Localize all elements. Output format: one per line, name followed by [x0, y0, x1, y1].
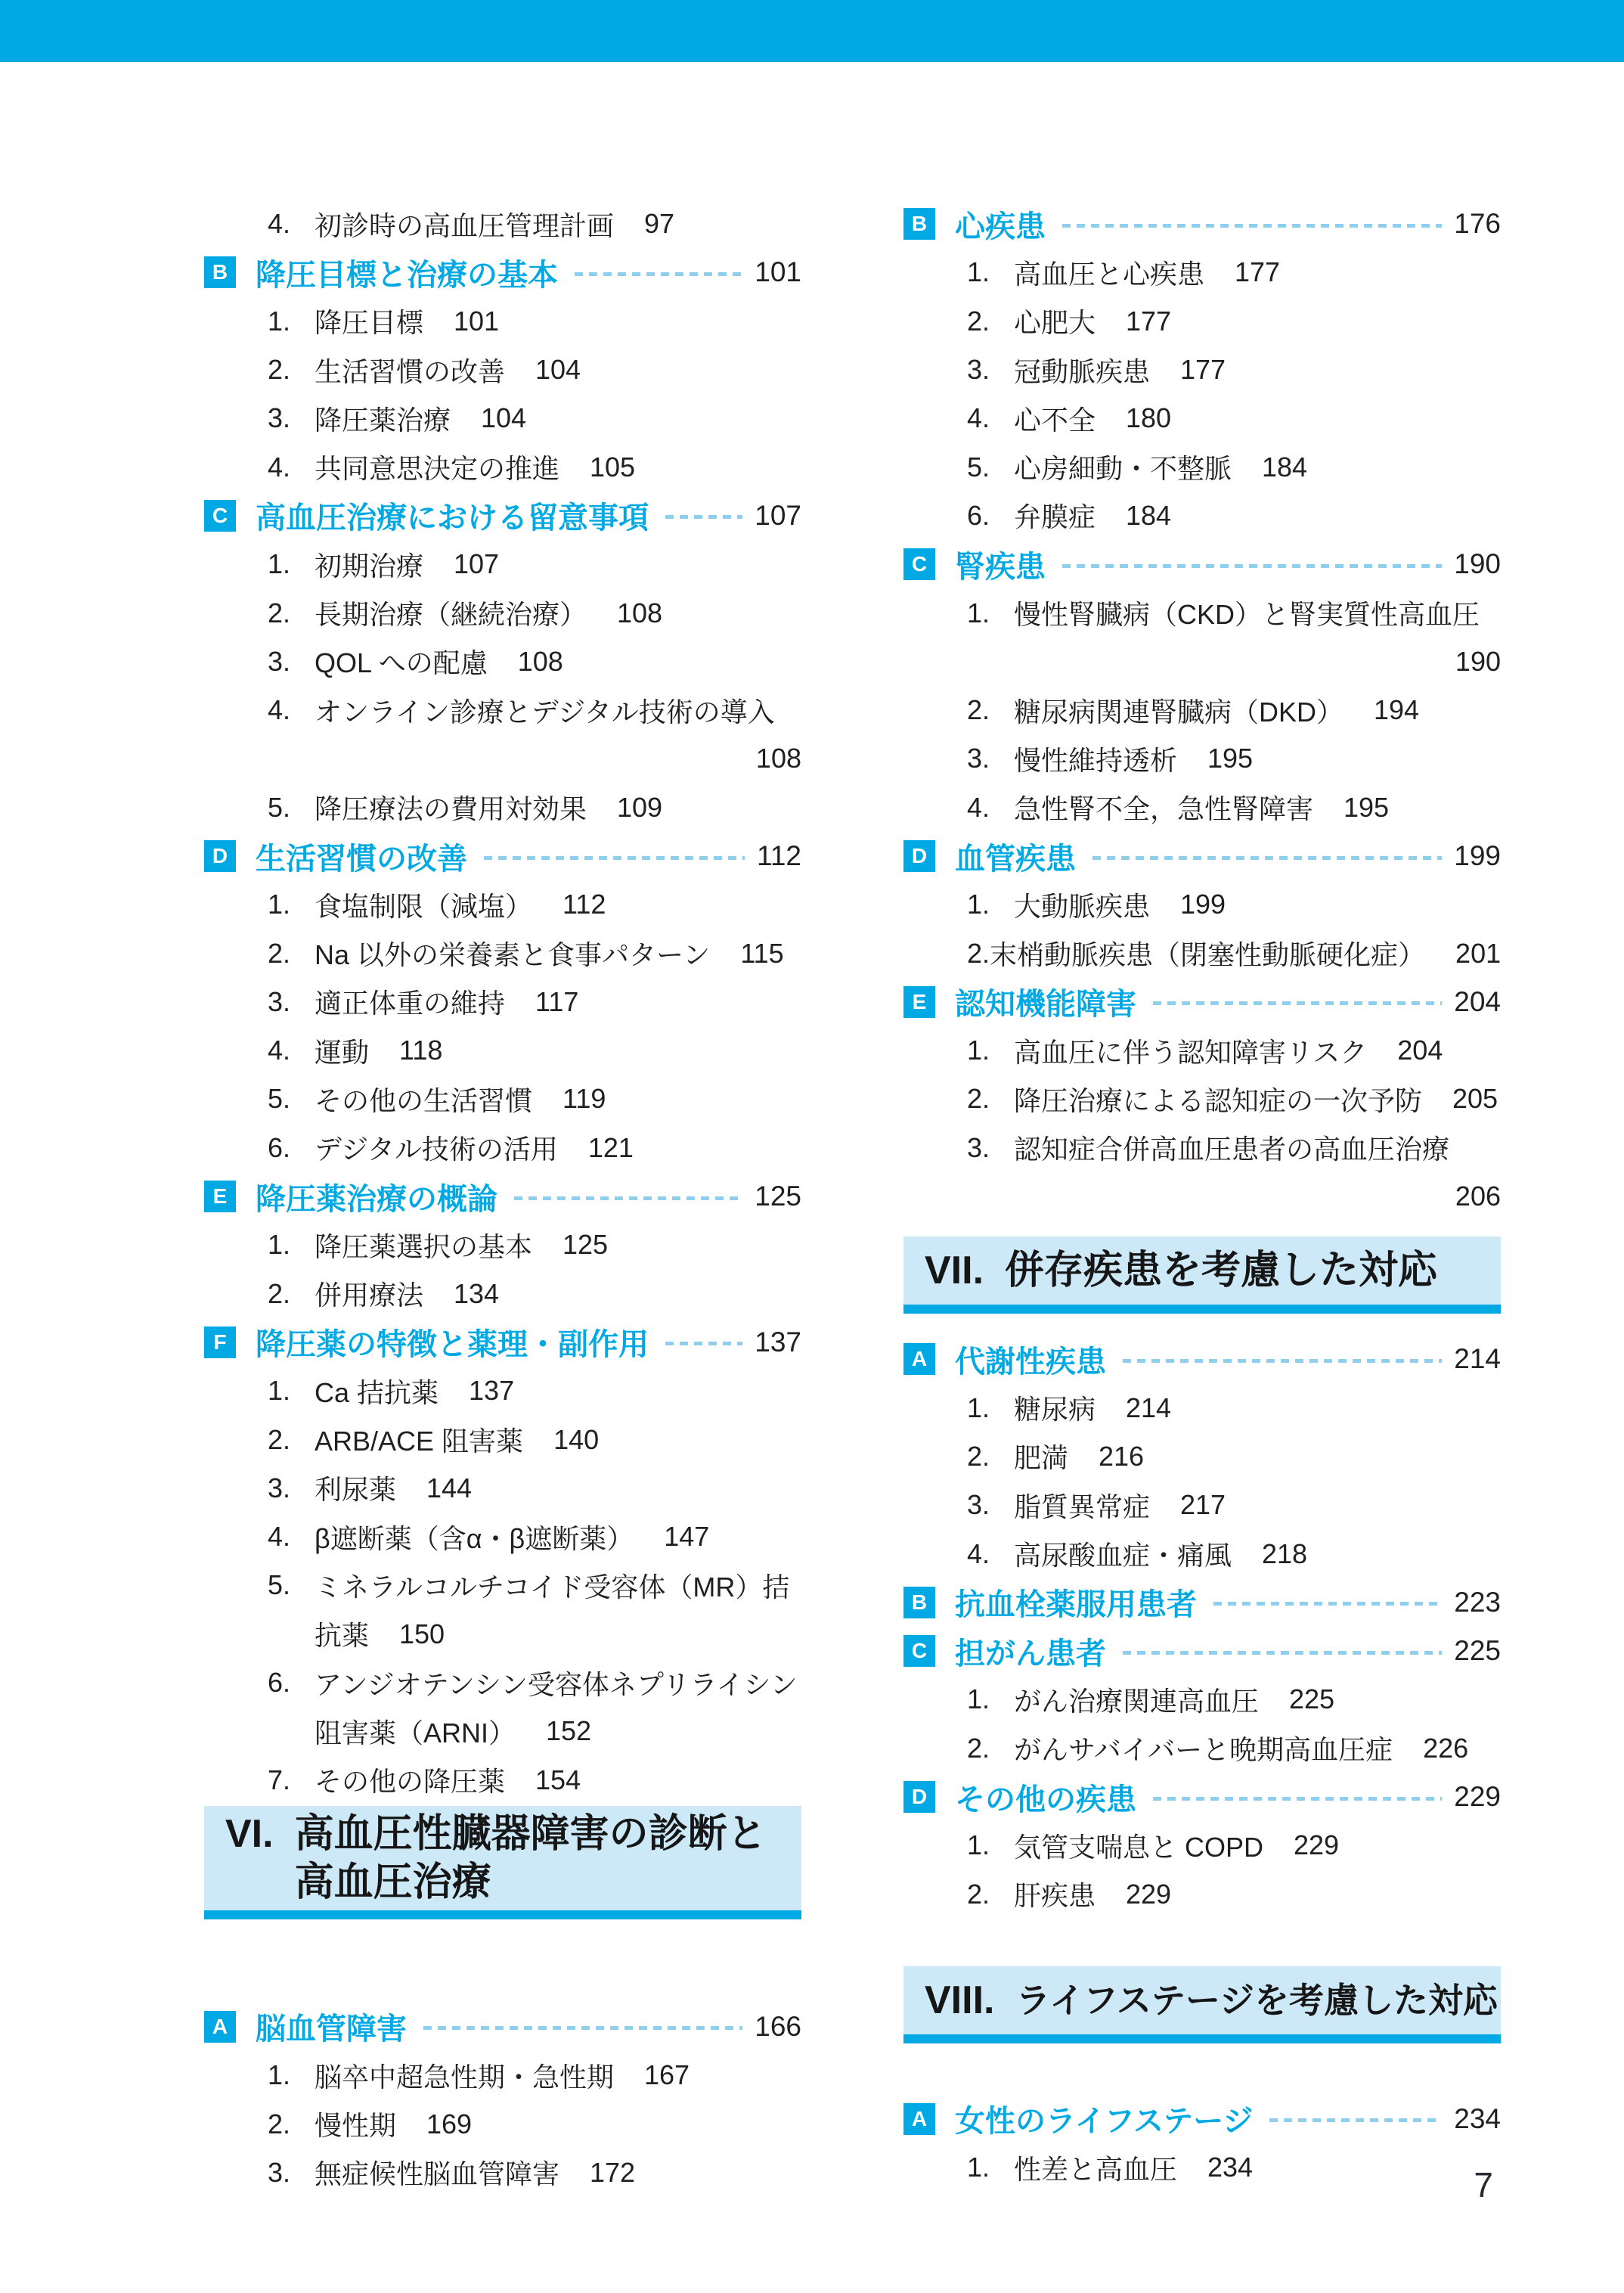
- toc-item-number: 1.: [268, 1375, 315, 1407]
- toc-item-number: 1.: [268, 889, 315, 920]
- toc-item-number: 1.: [967, 889, 1014, 920]
- toc-item-number: 2.: [967, 1879, 1014, 1910]
- toc-item: 7.その他の降圧薬154: [204, 1756, 801, 1804]
- toc-section-title: 心疾患: [955, 203, 1046, 246]
- toc-item: 3.無症候性脳血管障害172: [204, 2149, 801, 2197]
- toc-item-number: 6.: [967, 500, 1014, 532]
- section-letter-badge: D: [903, 840, 935, 872]
- toc-item-title: 生活習慣の改善: [315, 351, 505, 389]
- toc-item: 2.併用療法134: [204, 1270, 801, 1318]
- toc-item: 3.降圧薬治療104: [204, 394, 801, 442]
- toc-item: 1.Ca 拮抗薬137: [204, 1367, 801, 1415]
- toc-section-title: 降圧薬の特徴と薬理・副作用: [256, 1320, 649, 1364]
- toc-section-title: その他の疾患: [955, 1776, 1136, 1819]
- toc-item-number: 3.: [268, 986, 315, 1018]
- toc-section-title: 腎疾患: [955, 543, 1046, 586]
- toc-item-number: 1.: [268, 1229, 315, 1261]
- toc-item-number: 3.: [268, 646, 315, 678]
- toc-section-header: B降圧目標と治療の基本101: [204, 248, 801, 296]
- page-number: 190: [1455, 646, 1501, 678]
- toc-section-title: 血管疾患: [955, 835, 1076, 878]
- footer-page-number: 7: [1474, 2164, 1493, 2205]
- toc-item-number: 1.: [967, 1829, 1014, 1861]
- toc-item-number: 3.: [967, 1132, 1014, 1164]
- toc-item-title: 食塩制限（減塩）: [315, 886, 532, 924]
- toc-item-number: 1.: [268, 2059, 315, 2091]
- toc-item-number: 4.: [268, 451, 315, 483]
- toc-section-header: A脳血管障害166: [204, 2003, 801, 2051]
- toc-item-number: 2.: [967, 1733, 1014, 1764]
- page-number: 115: [740, 938, 783, 970]
- toc-section-header: B抗血栓薬服用患者223: [903, 1578, 1501, 1627]
- toc-item: 2.降圧治療による認知症の一次予防205: [903, 1075, 1501, 1123]
- toc-section-title: 高血圧治療における留意事項: [256, 494, 649, 537]
- page-number: 184: [1262, 451, 1307, 483]
- page-number: 206: [1455, 1181, 1501, 1212]
- section-letter-badge: C: [204, 500, 236, 532]
- page-number: 172: [590, 2157, 635, 2189]
- part-title: 併存疾患を考慮した対応: [1005, 1246, 1501, 1295]
- toc-item: 3.冠動脈疾患177: [903, 346, 1501, 394]
- dot-leader: [665, 515, 742, 519]
- toc-item-number: 5.: [268, 792, 315, 824]
- toc-item-number: 3.: [967, 743, 1014, 774]
- toc-item: 1.初期治療107: [204, 540, 801, 588]
- toc-item: 3.QOL への配慮108: [204, 638, 801, 686]
- page-number: 229: [1454, 1781, 1501, 1813]
- toc-item-number: 1.: [967, 256, 1014, 288]
- toc-column-left: 4.初診時の高血圧管理計画97B降圧目標と治療の基本1011.降圧目標1012.…: [204, 200, 801, 2197]
- page-number: 184: [1126, 500, 1171, 532]
- section-letter-badge: B: [903, 208, 935, 240]
- part-title-line: 高血圧治療: [295, 1858, 801, 1907]
- dot-leader: [1213, 1602, 1442, 1606]
- toc-item: 4.初診時の高血圧管理計画97: [204, 200, 801, 248]
- toc-item-title: がん治療関連高血圧: [1014, 1680, 1259, 1719]
- page-number: 177: [1235, 256, 1280, 288]
- toc-item-title: アンジオテンシン受容体ネプリライシン: [315, 1664, 798, 1702]
- page-number: 226: [1423, 1733, 1468, 1764]
- toc-item-number: 1.: [967, 1035, 1014, 1066]
- toc-item-number: 1.: [967, 597, 1014, 629]
- page-number: 147: [664, 1521, 709, 1553]
- section-letter-badge: E: [204, 1181, 236, 1212]
- toc-item-number: 2.: [967, 306, 1014, 337]
- toc-section-header: D血管疾患199: [903, 832, 1501, 880]
- toc-item: 4.β遮断薬（含α・β遮断薬）147: [204, 1513, 801, 1561]
- dot-leader: [1153, 1797, 1442, 1801]
- toc-part-header: VI.高血圧性臓器障害の診断と高血圧治療: [204, 1806, 801, 1919]
- page-number: 223: [1454, 1587, 1501, 1618]
- toc-item: 4.高尿酸血症・痛風218: [903, 1529, 1501, 1578]
- page-number: 121: [588, 1132, 634, 1164]
- toc-item-title: 適正体重の維持: [315, 982, 505, 1021]
- toc-section-title: 代謝性疾患: [955, 1338, 1106, 1381]
- toc-item-title: 降圧治療による認知症の一次予防: [1014, 1080, 1422, 1119]
- toc-item-title: 共同意思決定の推進: [315, 448, 559, 486]
- toc-item-number: 6.: [268, 1132, 315, 1164]
- section-letter-badge: A: [903, 2103, 935, 2135]
- page-number: 205: [1452, 1083, 1498, 1115]
- page-number: 150: [399, 1618, 445, 1650]
- toc-section-title: 担がん患者: [955, 1630, 1106, 1673]
- toc-item-title: 冠動脈疾患: [1014, 351, 1150, 389]
- dot-leader: [1153, 1001, 1442, 1005]
- dot-leader: [1123, 1359, 1442, 1363]
- toc-item-number: 3.: [967, 354, 1014, 386]
- toc-item: 4.オンライン診療とデジタル技術の導入: [204, 686, 801, 734]
- toc-item-number: 6.: [268, 1667, 315, 1699]
- toc-item: 2.生活習慣の改善104: [204, 346, 801, 394]
- page-number: 225: [1454, 1635, 1501, 1667]
- toc-item-number: 1.: [268, 548, 315, 580]
- toc-item-title: 長期治療（継続治療）: [315, 594, 587, 632]
- toc-item-title: 脂質異常症: [1014, 1486, 1150, 1525]
- toc-item-title: 大動脈疾患: [1014, 886, 1150, 924]
- toc-item-title: 気管支喘息と COPD: [1014, 1826, 1263, 1865]
- part-title: ライフステージを考慮した対応: [1015, 1976, 1501, 2025]
- toc-item-title: 心不全: [1014, 399, 1096, 438]
- part-title-line: 高血圧性臓器障害の診断と: [295, 1810, 801, 1858]
- toc-item-number: 5.: [967, 451, 1014, 483]
- toc-item-title: 脳卒中超急性期・急性期: [315, 2056, 614, 2095]
- page-number: 118: [399, 1035, 442, 1066]
- toc-item: 6.デジタル技術の活用121: [204, 1124, 801, 1172]
- toc-item-title: 慢性期: [315, 2105, 396, 2143]
- toc-item: 3.利尿薬144: [204, 1464, 801, 1513]
- toc-item-number: 2.: [268, 1424, 315, 1456]
- section-letter-badge: A: [903, 1343, 935, 1375]
- page-number: 229: [1126, 1879, 1171, 1910]
- page-number: 169: [426, 2108, 472, 2140]
- toc-item: 1.高血圧に伴う認知障害リスク204: [903, 1026, 1501, 1075]
- page-number: 166: [755, 2011, 801, 2043]
- toc-item: 2.がんサバイバーと晩期高血圧症226: [903, 1724, 1501, 1773]
- toc-item-title: Na 以外の栄養素と食事パターン: [315, 934, 710, 973]
- toc-item-title-continuation: 阻害薬（ARNI）: [315, 1712, 516, 1751]
- page-number: 105: [590, 451, 635, 483]
- toc-item-title: 肥満: [1014, 1437, 1068, 1475]
- page-number: 234: [1207, 2152, 1253, 2183]
- toc-item: 3.慢性維持透析195: [903, 734, 1501, 783]
- page-number: 125: [755, 1181, 801, 1212]
- toc-section-title: 降圧目標と治療の基本: [256, 251, 558, 294]
- toc-item-number: 4.: [268, 1521, 315, 1553]
- toc-item-number: 3.: [967, 1489, 1014, 1521]
- section-letter-badge: C: [903, 548, 935, 580]
- toc-part-header: VIII.ライフステージを考慮した対応: [903, 1966, 1501, 2043]
- toc-section-header: C担がん患者225: [903, 1627, 1501, 1675]
- toc-item: 1.糖尿病214: [903, 1384, 1501, 1432]
- dot-leader: [484, 856, 745, 860]
- page-number: 195: [1207, 743, 1253, 774]
- toc-section-header: F降圧薬の特徴と薬理・副作用137: [204, 1318, 801, 1367]
- page-number: 201: [1455, 938, 1501, 970]
- toc-item-title: 慢性腎臓病（CKD）と腎実質性高血圧: [1014, 594, 1480, 632]
- toc-section-title: 女性のライフステージ: [955, 2097, 1253, 2140]
- toc-item-number: 3.: [268, 1472, 315, 1504]
- toc-item-number: 5.: [268, 1569, 315, 1601]
- toc-item: 5.心房細動・不整脈184: [903, 442, 1501, 491]
- toc-item-title: 弁膜症: [1014, 496, 1096, 535]
- section-letter-badge: D: [903, 1781, 935, 1813]
- dot-leader: [1269, 2118, 1442, 2122]
- toc-item-title: がんサバイバーと晩期高血圧症: [1014, 1729, 1393, 1767]
- toc-item-number: 2.: [268, 354, 315, 386]
- toc-item-title: β遮断薬（含α・β遮断薬）: [315, 1518, 634, 1556]
- page-number: 140: [553, 1424, 599, 1456]
- page-number: 108: [617, 597, 662, 629]
- page-number: 234: [1454, 2103, 1501, 2135]
- toc-item: 1.がん治療関連高血圧225: [903, 1675, 1501, 1724]
- toc-item-continuation: 阻害薬（ARNI）152: [204, 1707, 801, 1755]
- toc-item-number: 4.: [268, 208, 315, 240]
- toc-section-header: E認知機能障害204: [903, 978, 1501, 1026]
- toc-item-title: 肝疾患: [1014, 1875, 1096, 1913]
- toc-item: 1.食塩制限（減塩）112: [204, 880, 801, 929]
- toc-item-title: 併用療法: [315, 1274, 423, 1313]
- dot-leader: [514, 1196, 742, 1200]
- part-title: 高血圧性臓器障害の診断と高血圧治療: [295, 1810, 801, 1907]
- page-number: 154: [535, 1764, 581, 1796]
- toc-item-continuation: 108: [204, 734, 801, 783]
- toc-item-title: オンライン診療とデジタル技術の導入: [315, 691, 775, 730]
- toc-item-number: 1.: [967, 2152, 1014, 2183]
- toc-item-title: 初期治療: [315, 545, 423, 584]
- toc-item-title: 高尿酸血症・痛風: [1014, 1534, 1232, 1573]
- dot-leader: [1062, 564, 1442, 568]
- toc-section-title: 認知機能障害: [955, 980, 1136, 1023]
- page-number: 101: [454, 306, 499, 337]
- toc-item-title: 糖尿病: [1014, 1389, 1096, 1427]
- toc-section-title: 脳血管障害: [256, 2005, 407, 2048]
- toc-section-header: A女性のライフステージ234: [903, 2095, 1501, 2143]
- toc-item: 5.降圧療法の費用対効果109: [204, 783, 801, 832]
- toc-section-header: B心疾患176: [903, 200, 1501, 248]
- toc-item-title: 降圧目標: [315, 302, 423, 340]
- toc-item-title: 運動: [315, 1032, 369, 1070]
- page-number: 204: [1397, 1035, 1443, 1066]
- toc-item: 1.性差と高血圧234: [903, 2143, 1501, 2192]
- page-number: 216: [1099, 1441, 1144, 1472]
- toc-item: 2.Na 以外の栄養素と食事パターン115: [204, 929, 801, 977]
- page-number: 194: [1374, 694, 1419, 726]
- page-number: 104: [481, 402, 526, 434]
- toc-item: 6.アンジオテンシン受容体ネプリライシン: [204, 1658, 801, 1707]
- page-number: 177: [1180, 354, 1226, 386]
- toc-item-title: 降圧薬治療: [315, 399, 451, 438]
- page-number: 104: [535, 354, 581, 386]
- page-number: 137: [469, 1375, 514, 1407]
- toc-item-title-continuation: 抗薬: [315, 1615, 369, 1653]
- toc-item: 3.適正体重の維持117: [204, 978, 801, 1026]
- section-letter-badge: A: [204, 2011, 236, 2043]
- page-number: 107: [755, 500, 801, 532]
- toc-item-title: 心肥大: [1014, 302, 1096, 340]
- toc-item-continuation: 190: [903, 638, 1501, 686]
- toc-item: 1.気管支喘息と COPD229: [903, 1821, 1501, 1869]
- toc-item: 4.運動118: [204, 1026, 801, 1075]
- toc-item-title: その他の降圧薬: [315, 1761, 505, 1799]
- toc-item-number: 4.: [967, 1538, 1014, 1570]
- dot-leader: [575, 272, 742, 276]
- page-number: 134: [454, 1278, 499, 1310]
- toc-item-number: 3.: [268, 402, 315, 434]
- toc-item: 2.心肥大177: [903, 297, 1501, 346]
- toc-item-number: 4.: [967, 402, 1014, 434]
- page-number: 204: [1454, 986, 1501, 1018]
- toc-item: 2.肥満216: [903, 1432, 1501, 1481]
- toc-item: 3.脂質異常症217: [903, 1481, 1501, 1529]
- toc-section-header: A代謝性疾患214: [903, 1335, 1501, 1383]
- toc-item-title: ミネラルコルチコイド受容体（MR）拮: [315, 1566, 789, 1605]
- part-title-line: 併存疾患を考慮した対応: [1005, 1246, 1501, 1295]
- toc-part-header: VII.併存疾患を考慮した対応: [903, 1236, 1501, 1314]
- toc-item-title: 高血圧に伴う認知障害リスク: [1014, 1032, 1367, 1070]
- toc-section-title: 抗血栓薬服用患者: [955, 1581, 1197, 1624]
- page-number: 112: [757, 840, 801, 872]
- toc-section-header: C腎疾患190: [903, 540, 1501, 588]
- section-letter-badge: D: [204, 840, 236, 872]
- toc-item: 2.慢性期169: [204, 2099, 801, 2148]
- toc-item-number: 1.: [268, 306, 315, 337]
- toc-item-number: 2.: [967, 1083, 1014, 1115]
- toc-item: 4.共同意思決定の推進105: [204, 442, 801, 491]
- page-number: 117: [535, 986, 578, 1018]
- toc-item-continuation: 206: [903, 1172, 1501, 1221]
- page-number: 177: [1126, 306, 1171, 337]
- toc-item: 2.肝疾患229: [903, 1870, 1501, 1919]
- dot-leader: [1123, 1651, 1442, 1655]
- toc-item-title: 利尿薬: [315, 1469, 396, 1507]
- toc-item-number: 1.: [967, 1683, 1014, 1715]
- page-number: 167: [644, 2059, 690, 2091]
- section-letter-badge: B: [204, 256, 236, 288]
- dot-leader: [665, 1342, 742, 1345]
- page-number: 195: [1344, 792, 1389, 824]
- toc-item: 1.慢性腎臓病（CKD）と腎実質性高血圧: [903, 588, 1501, 637]
- toc-item: 6.弁膜症184: [903, 492, 1501, 540]
- toc-page: 4.初診時の高血圧管理計画97B降圧目標と治療の基本1011.降圧目標1012.…: [0, 0, 1624, 2293]
- toc-item-number: 2.: [268, 1278, 315, 1310]
- toc-item-title: 慢性維持透析: [1014, 740, 1177, 778]
- section-letter-badge: F: [204, 1326, 236, 1358]
- toc-item-number: 2.: [967, 694, 1014, 726]
- page-number: 108: [518, 646, 563, 678]
- toc-item-title: デジタル技術の活用: [315, 1128, 558, 1167]
- toc-item: 1.脳卒中超急性期・急性期167: [204, 2051, 801, 2099]
- top-accent-bar: [0, 0, 1624, 62]
- dot-leader: [1092, 856, 1442, 860]
- toc-item-number: 4.: [268, 694, 315, 726]
- toc-item-title: Ca 拮抗薬: [315, 1372, 439, 1410]
- page-number: 176: [1454, 208, 1501, 240]
- toc-item: 2.末梢動脈疾患（閉塞性動脈硬化症）201: [903, 929, 1501, 977]
- toc-item-title: 性差と高血圧: [1014, 2149, 1177, 2187]
- dot-leader: [423, 2026, 742, 2030]
- part-roman-numeral: VI.: [225, 1810, 274, 1858]
- toc-item: 2.長期治療（継続治療）108: [204, 588, 801, 637]
- page-number: 199: [1454, 840, 1501, 872]
- page-number: 190: [1454, 548, 1501, 580]
- toc-item-title: 高血圧と心疾患: [1014, 253, 1204, 292]
- page-number: 137: [755, 1326, 801, 1358]
- toc-item-number: 4.: [268, 1035, 315, 1066]
- page-number: 101: [755, 256, 801, 288]
- toc-item: 1.降圧薬選択の基本125: [204, 1221, 801, 1269]
- toc-item: 1.高血圧と心疾患177: [903, 248, 1501, 296]
- toc-item-number: 2.: [268, 938, 315, 970]
- toc-item-title: その他の生活習慣: [315, 1080, 532, 1119]
- toc-item: 3.認知症合併高血圧患者の高血圧治療: [903, 1124, 1501, 1172]
- toc-item-number: 7.: [268, 1764, 315, 1796]
- part-roman-numeral: VII.: [925, 1246, 984, 1295]
- toc-item-title: 糖尿病関連腎臓病（DKD）: [1014, 691, 1344, 730]
- section-letter-badge: C: [903, 1635, 935, 1667]
- page-number: 229: [1294, 1829, 1339, 1861]
- page-number: 107: [454, 548, 499, 580]
- page-number: 225: [1289, 1683, 1334, 1715]
- page-number: 152: [546, 1715, 591, 1747]
- toc-item-title: 降圧療法の費用対効果: [315, 788, 587, 827]
- toc-item: 5.ミネラルコルチコイド受容体（MR）拮: [204, 1561, 801, 1609]
- dot-leader: [1062, 224, 1442, 228]
- toc-item-number: 2.: [967, 938, 990, 970]
- page-number: 109: [617, 792, 662, 824]
- toc-section-header: C高血圧治療における留意事項107: [204, 492, 801, 540]
- toc-item-title: ARB/ACE 阻害薬: [315, 1420, 523, 1459]
- page-number: 108: [756, 743, 801, 774]
- page-number: 214: [1454, 1343, 1501, 1375]
- page-number: 112: [563, 889, 606, 920]
- part-title-line: ライフステージを考慮した対応: [1015, 1976, 1501, 2025]
- toc-item-number: 2.: [268, 2108, 315, 2140]
- page-number: 217: [1180, 1489, 1226, 1521]
- page-number: 180: [1126, 402, 1171, 434]
- toc-item-title: 初診時の高血圧管理計画: [315, 205, 614, 244]
- part-roman-numeral: VIII.: [925, 1976, 994, 2025]
- toc-section-title: 降圧薬治療の概論: [256, 1175, 497, 1218]
- toc-item-title: 心房細動・不整脈: [1014, 448, 1232, 486]
- page-number: 199: [1180, 889, 1226, 920]
- toc-item-title: 末梢動脈疾患（閉塞性動脈硬化症）: [990, 934, 1425, 973]
- page-number: 214: [1126, 1392, 1171, 1424]
- page-number: 119: [563, 1083, 606, 1115]
- toc-item: 1.降圧目標101: [204, 297, 801, 346]
- toc-section-title: 生活習慣の改善: [256, 835, 467, 878]
- toc-item-number: 3.: [268, 2157, 315, 2189]
- toc-item: 4.急性腎不全，急性腎障害195: [903, 783, 1501, 832]
- toc-item-title: 急性腎不全，急性腎障害: [1014, 788, 1313, 827]
- toc-item: 2.ARB/ACE 阻害薬140: [204, 1415, 801, 1463]
- toc-item-title: 認知症合併高血圧患者の高血圧治療: [1014, 1128, 1449, 1167]
- page-number: 144: [426, 1472, 472, 1504]
- page-number: 218: [1262, 1538, 1307, 1570]
- toc-item-title: QOL への配慮: [315, 642, 488, 681]
- toc-section-header: E降圧薬治療の概論125: [204, 1172, 801, 1221]
- toc-section-header: Dその他の疾患229: [903, 1773, 1501, 1821]
- toc-item: 5.その他の生活習慣119: [204, 1075, 801, 1123]
- toc-item-title: 降圧薬選択の基本: [315, 1226, 532, 1264]
- section-letter-badge: E: [903, 986, 935, 1018]
- toc-column-right: B心疾患1761.高血圧と心疾患1772.心肥大1773.冠動脈疾患1774.心…: [903, 200, 1501, 2192]
- toc-item: 1.大動脈疾患199: [903, 880, 1501, 929]
- toc-item-continuation: 抗薬150: [204, 1610, 801, 1658]
- page-number: 125: [563, 1229, 608, 1261]
- toc-item: 4.心不全180: [903, 394, 1501, 442]
- toc-item: 2.糖尿病関連腎臓病（DKD）194: [903, 686, 1501, 734]
- toc-item-number: 4.: [967, 792, 1014, 824]
